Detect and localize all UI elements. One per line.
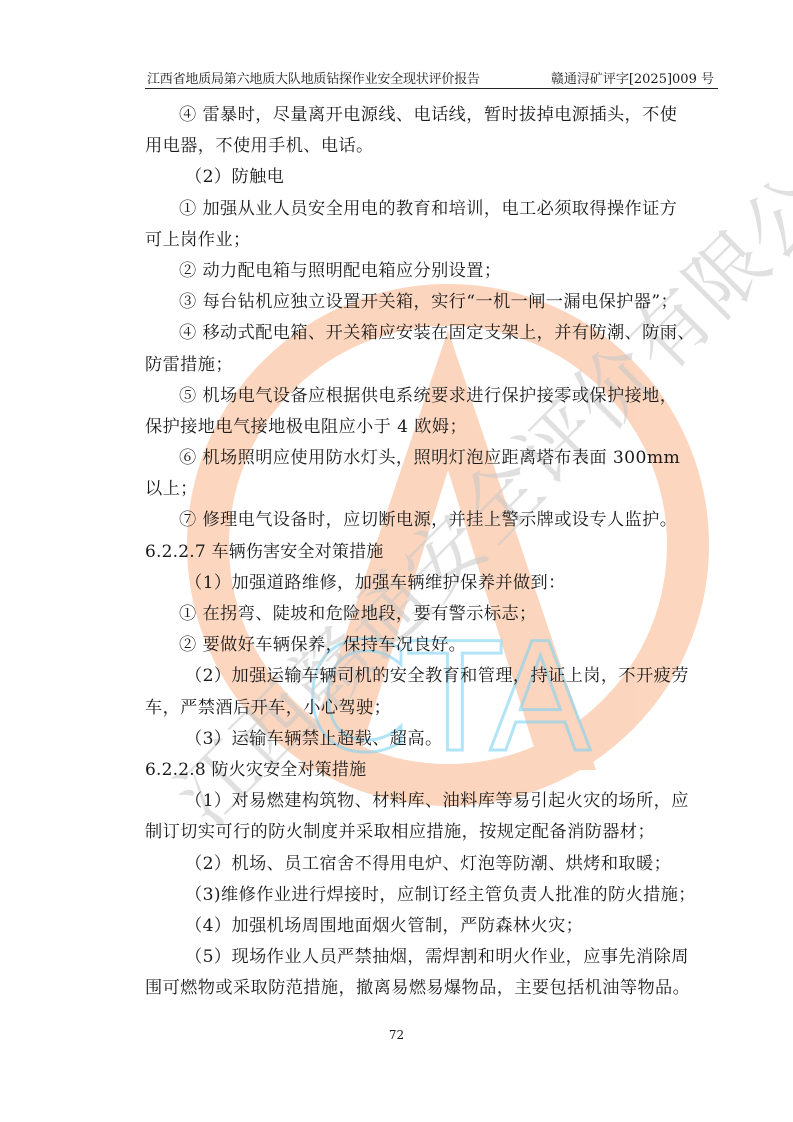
paragraph-line: ④ 移动式配电箱、开关箱应安装在固定支架上，并有防潮、防雨、 <box>145 318 718 349</box>
paragraph-line: ⑥ 机场照明应使用防水灯头，照明灯泡应距离塔布表面 300mm <box>145 443 718 474</box>
page-header: 江西省地质局第六地质大队地质钻探作业安全现状评价报告 赣通浔矿评字[2025]0… <box>145 66 718 89</box>
report-title: 江西省地质局第六地质大队地质钻探作业安全现状评价报告 <box>147 68 480 87</box>
paragraph-line: ④ 雷暴时，尽量离开电源线、电话线，暂时拔掉电源插头，不使 <box>145 100 718 131</box>
report-code: 赣通浔矿评字[2025]009 号 <box>551 68 714 87</box>
paragraph-line: 可上岗作业； <box>145 225 718 256</box>
page-number: 72 <box>0 1028 793 1042</box>
paragraph-line: 车，严禁酒后开车，小心驾驶； <box>145 693 718 724</box>
paragraph-line: ⑤ 机场电气设备应根据供电系统要求进行保护接零或保护接地， <box>145 381 718 412</box>
body-text: ④ 雷暴时，尽量离开电源线、电话线，暂时拔掉电源插头，不使 用电器，不使用手机、… <box>145 100 718 1004</box>
paragraph-line: 用电器，不使用手机、电话。 <box>145 131 718 162</box>
paragraph-line: （5）现场作业人员严禁抽烟，需焊割和明火作业，应事先消除周 <box>145 942 718 973</box>
paragraph-line: （1）对易燃建构筑物、材料库、油料库等易引起火灾的场所，应 <box>145 786 718 817</box>
paragraph-line: （2）加强运输车辆司机的安全教育和管理，持证上岗，不开疲劳 <box>145 661 718 692</box>
paragraph-line: （1）加强道路维修，加强车辆维护保养并做到： <box>145 568 718 599</box>
paragraph-line: （3)维修作业进行焊接时，应制订经主管负责人批准的防火措施； <box>145 880 718 911</box>
paragraph-line: 防雷措施； <box>145 350 718 381</box>
paragraph-line: （2）机场、员工宿舍不得用电炉、灯泡等防潮、烘烤和取暖； <box>145 849 718 880</box>
section-heading-6-2-2-8: 6.2.2.8 防火灾安全对策措施 <box>145 755 718 786</box>
paragraph-line: ③ 每台钻机应独立设置开关箱，实行“一机一闸一漏电保护器”； <box>145 287 718 318</box>
section-heading-6-2-2-7: 6.2.2.7 车辆伤害安全对策措施 <box>145 537 718 568</box>
paragraph-line: 以上； <box>145 474 718 505</box>
paragraph-line: ② 要做好车辆保养，保持车况良好。 <box>145 630 718 661</box>
paragraph-line: 制订切实可行的防火制度并采取相应措施，按规定配备消防器材； <box>145 817 718 848</box>
paragraph-line: ⑦ 修理电气设备时，应切断电源，并挂上警示牌或设专人监护。 <box>145 505 718 536</box>
paragraph-line: ② 动力配电箱与照明配电箱应分别设置； <box>145 256 718 287</box>
paragraph-line: （4）加强机场周围地面烟火管制，严防森林火灾； <box>145 911 718 942</box>
subsection-heading: （2）防触电 <box>145 162 718 193</box>
paragraph-line: ① 加强从业人员安全用电的教育和培训，电工必须取得操作证方 <box>145 194 718 225</box>
paragraph-line: 围可燃物或采取防范措施，撤离易燃易爆物品，主要包括机油等物品。 <box>145 973 718 1004</box>
paragraph-line: ① 在拐弯、陡坡和危险地段，要有警示标志； <box>145 599 718 630</box>
paragraph-line: 保护接地电气接地极电阻应小于 4 欧姆； <box>145 412 718 443</box>
paragraph-line: （3）运输车辆禁止超载、超高。 <box>145 724 718 755</box>
